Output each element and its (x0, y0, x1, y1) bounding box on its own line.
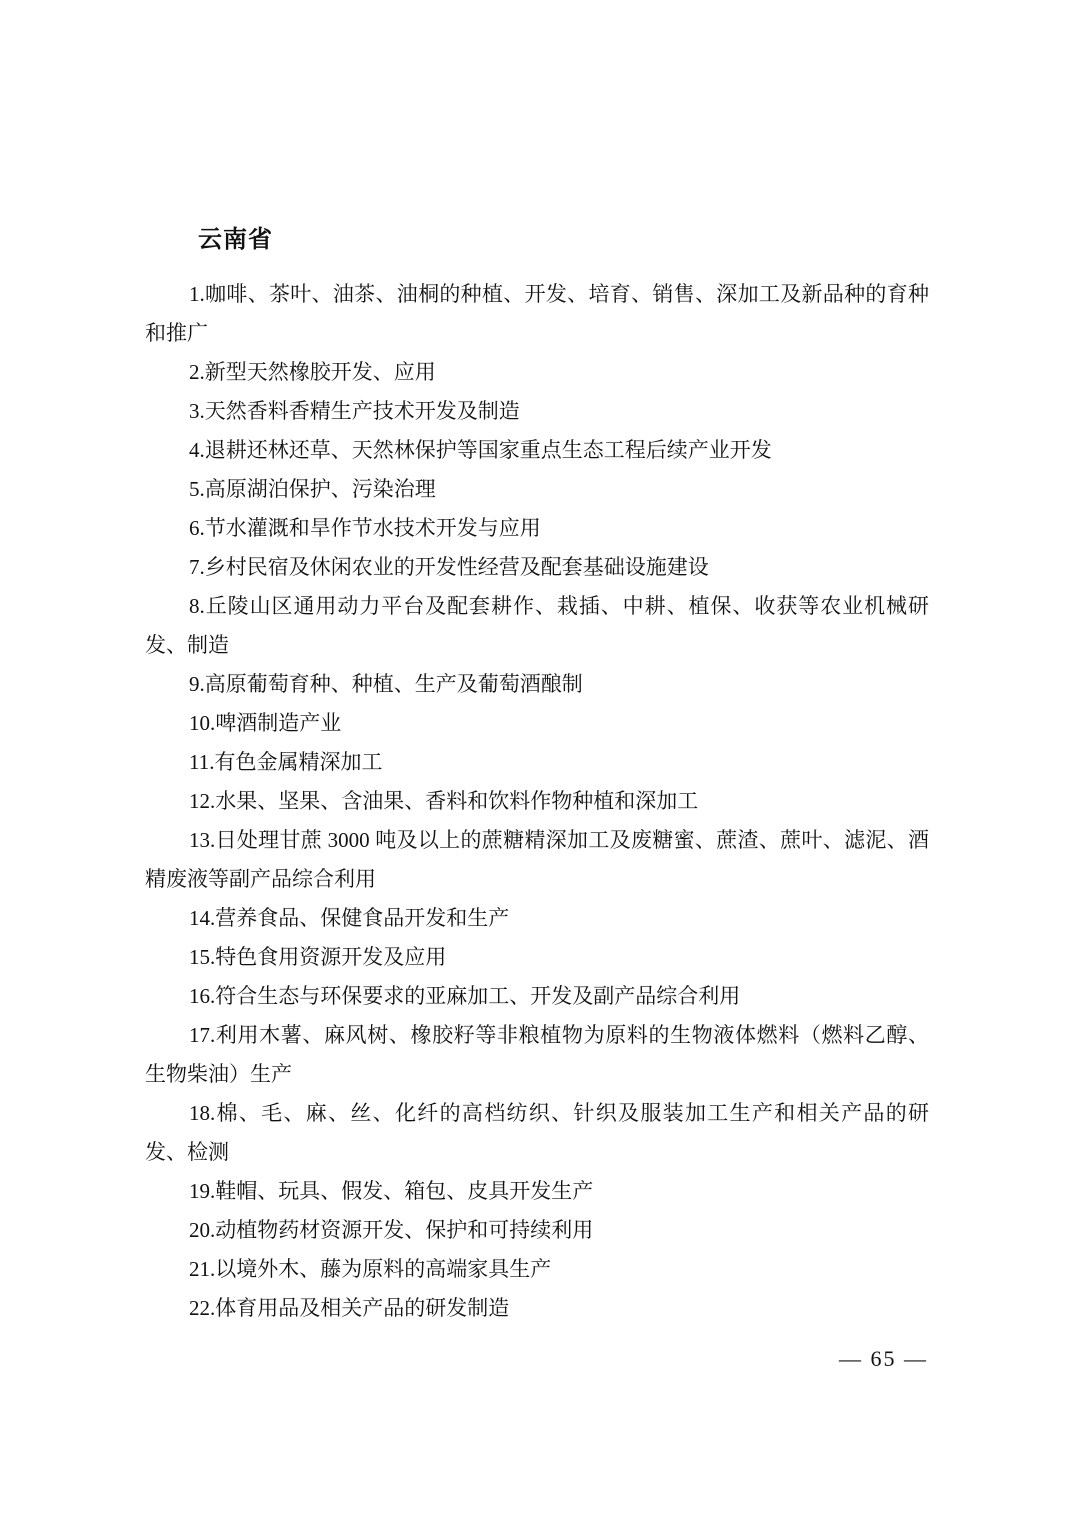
list-item: 3.天然香料香精生产技术开发及制造 (145, 392, 929, 431)
list-item: 11.有色金属精深加工 (145, 743, 929, 782)
list-item: 16.符合生态与环保要求的亚麻加工、开发及副产品综合利用 (145, 977, 929, 1016)
list-item: 22.体育用品及相关产品的研发制造 (145, 1289, 929, 1328)
section-heading: 云南省 (145, 220, 929, 259)
list-item: 12.水果、坚果、含油果、香料和饮料作物种植和深加工 (145, 782, 929, 821)
list-item: 18.棉、毛、麻、丝、化纤的高档纺织、针织及服装加工生产和相关产品的研发、检测 (145, 1094, 929, 1172)
list-item: 21.以境外木、藤为原料的高端家具生产 (145, 1250, 929, 1289)
list-item: 8.丘陵山区通用动力平台及配套耕作、栽插、中耕、植保、收获等农业机械研发、制造 (145, 587, 929, 665)
document-content: 云南省 1.咖啡、茶叶、油茶、油桐的种植、开发、培育、销售、深加工及新品种的育种… (145, 220, 929, 1328)
list-item: 7.乡村民宿及休闲农业的开发性经营及配套基础设施建设 (145, 548, 929, 587)
list-item: 17.利用木薯、麻风树、橡胶籽等非粮植物为原料的生物液体燃料（燃料乙醇、生物柴油… (145, 1016, 929, 1094)
list-item: 2.新型天然橡胶开发、应用 (145, 353, 929, 392)
list-item: 4.退耕还林还草、天然林保护等国家重点生态工程后续产业开发 (145, 431, 929, 470)
list-item: 14.营养食品、保健食品开发和生产 (145, 899, 929, 938)
list-item: 15.特色食用资源开发及应用 (145, 938, 929, 977)
list-item: 10.啤酒制造产业 (145, 704, 929, 743)
list-item: 9.高原葡萄育种、种植、生产及葡萄酒酿制 (145, 665, 929, 704)
list-item: 1.咖啡、茶叶、油茶、油桐的种植、开发、培育、销售、深加工及新品种的育种和推广 (145, 275, 929, 353)
page-number: — 65 — (839, 1344, 928, 1374)
list-item: 5.高原湖泊保护、污染治理 (145, 470, 929, 509)
list-item: 20.动植物药材资源开发、保护和可持续利用 (145, 1211, 929, 1250)
list-item: 13.日处理甘蔗 3000 吨及以上的蔗糖精深加工及废糖蜜、蔗渣、蔗叶、滤泥、酒… (145, 821, 929, 899)
list-item: 6.节水灌溉和旱作节水技术开发与应用 (145, 509, 929, 548)
document-page: 云南省 1.咖啡、茶叶、油茶、油桐的种植、开发、培育、销售、深加工及新品种的育种… (0, 0, 1074, 1520)
list-item: 19.鞋帽、玩具、假发、箱包、皮具开发生产 (145, 1172, 929, 1211)
